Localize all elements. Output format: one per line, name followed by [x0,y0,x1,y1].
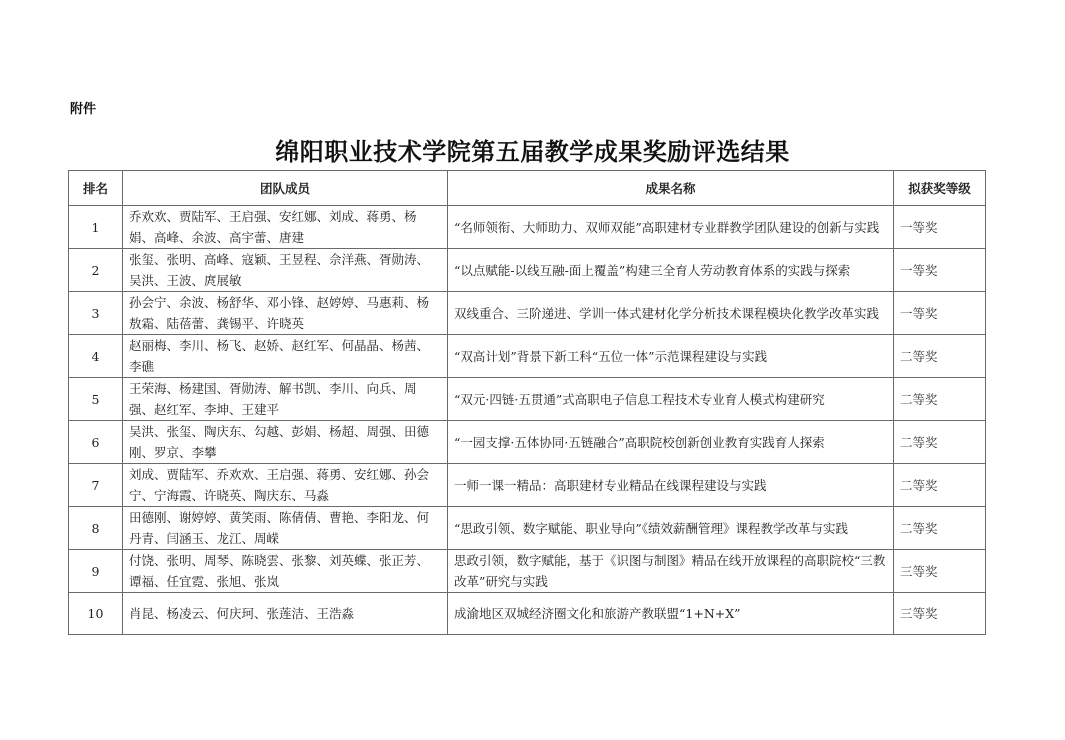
cell-rank: 2 [69,249,123,292]
cell-title: “以点赋能-以线互融-面上覆盖”构建三全育人劳动教育体系的实践与探索 [448,249,894,292]
cell-level: 一等奖 [894,206,986,249]
results-table: 排名 团队成员 成果名称 拟获奖等级 1乔欢欢、贾陆军、王启强、安红娜、刘成、蒋… [68,170,986,635]
cell-title: 双线重合、三阶递进、学训一体式建材化学分析技术课程模块化教学改革实践 [448,292,894,335]
cell-rank: 8 [69,507,123,550]
cell-rank: 10 [69,593,123,635]
cell-members: 刘成、贾陆军、乔欢欢、王启强、蒋勇、安红娜、孙会宁、宁海霞、许晓英、陶庆东、马淼 [123,464,448,507]
cell-members: 王荣海、杨建国、胥勋涛、解书凯、李川、向兵、周强、赵红军、李坤、王建平 [123,378,448,421]
cell-rank: 9 [69,550,123,593]
cell-title: “双高计划”背景下新工科“五位一体”示范课程建设与实践 [448,335,894,378]
cell-level: 二等奖 [894,378,986,421]
cell-level: 二等奖 [894,464,986,507]
attachment-label: 附件 [70,98,96,117]
cell-title: 成渝地区双城经济圈文化和旅游产教联盟“1+N+X” [448,593,894,635]
cell-members: 孙会宁、余波、杨舒华、邓小锋、赵婷婷、马惠莉、杨敖霜、陆蓓蕾、龚锡平、许晓英 [123,292,448,335]
cell-rank: 1 [69,206,123,249]
column-header-title: 成果名称 [448,171,894,206]
table-row: 3孙会宁、余波、杨舒华、邓小锋、赵婷婷、马惠莉、杨敖霜、陆蓓蕾、龚锡平、许晓英双… [69,292,986,335]
table-row: 7刘成、贾陆军、乔欢欢、王启强、蒋勇、安红娜、孙会宁、宁海霞、许晓英、陶庆东、马… [69,464,986,507]
cell-members: 付饶、张明、周琴、陈晓雲、张黎、刘英蝶、张正芳、谭福、任宜霓、张旭、张岚 [123,550,448,593]
cell-rank: 7 [69,464,123,507]
cell-level: 二等奖 [894,335,986,378]
column-header-rank: 排名 [69,171,123,206]
table-row: 1乔欢欢、贾陆军、王启强、安红娜、刘成、蒋勇、杨娟、高峰、余波、高宇蕾、唐建“名… [69,206,986,249]
cell-rank: 5 [69,378,123,421]
table-row: 9付饶、张明、周琴、陈晓雲、张黎、刘英蝶、张正芳、谭福、任宜霓、张旭、张岚思政引… [69,550,986,593]
table-row: 2张玺、张明、高峰、寇颖、王昱程、佘洋燕、胥勋涛、吴洪、王波、庹展敏“以点赋能-… [69,249,986,292]
cell-rank: 3 [69,292,123,335]
cell-members: 肖昆、杨凌云、何庆珂、张莲洁、王浩淼 [123,593,448,635]
table-row: 6吴洪、张玺、陶庆东、勾越、彭娟、杨超、周强、田德刚、罗京、李攀“一园支撑·五体… [69,421,986,464]
table-row: 8田德刚、谢婷婷、黄笑雨、陈倩倩、曹艳、李阳龙、何丹青、闫涵玉、龙江、周嵘“思政… [69,507,986,550]
cell-title: “名师领衔、大师助力、双师双能”高职建材专业群教学团队建设的创新与实践 [448,206,894,249]
table-header-row: 排名 团队成员 成果名称 拟获奖等级 [69,171,986,206]
cell-members: 乔欢欢、贾陆军、王启强、安红娜、刘成、蒋勇、杨娟、高峰、余波、高宇蕾、唐建 [123,206,448,249]
cell-level: 三等奖 [894,593,986,635]
cell-members: 赵丽梅、李川、杨飞、赵娇、赵红军、何晶晶、杨茜、李礁 [123,335,448,378]
cell-title: “思政引领、数字赋能、职业导向”《绩效薪酬管理》课程教学改革与实践 [448,507,894,550]
cell-level: 一等奖 [894,292,986,335]
cell-level: 二等奖 [894,421,986,464]
table-row: 4赵丽梅、李川、杨飞、赵娇、赵红军、何晶晶、杨茜、李礁“双高计划”背景下新工科“… [69,335,986,378]
cell-members: 田德刚、谢婷婷、黄笑雨、陈倩倩、曹艳、李阳龙、何丹青、闫涵玉、龙江、周嵘 [123,507,448,550]
cell-title: 思政引领，数字赋能，基于《识图与制图》精品在线开放课程的高职院校“三教改革”研究… [448,550,894,593]
table-row: 5王荣海、杨建国、胥勋涛、解书凯、李川、向兵、周强、赵红军、李坤、王建平“双元·… [69,378,986,421]
column-header-level: 拟获奖等级 [894,171,986,206]
cell-level: 二等奖 [894,507,986,550]
cell-members: 吴洪、张玺、陶庆东、勾越、彭娟、杨超、周强、田德刚、罗京、李攀 [123,421,448,464]
cell-title: “一园支撑·五体协同·五链融合”高职院校创新创业教育实践育人探索 [448,421,894,464]
cell-level: 三等奖 [894,550,986,593]
column-header-members: 团队成员 [123,171,448,206]
page-title: 绵阳职业技术学院第五届教学成果奖励评选结果 [0,132,1065,167]
cell-rank: 6 [69,421,123,464]
cell-level: 一等奖 [894,249,986,292]
cell-title: 一师一课一精品：高职建材专业精品在线课程建设与实践 [448,464,894,507]
cell-rank: 4 [69,335,123,378]
table-row: 10肖昆、杨凌云、何庆珂、张莲洁、王浩淼成渝地区双城经济圈文化和旅游产教联盟“1… [69,593,986,635]
cell-title: “双元·四链·五贯通”式高职电子信息工程技术专业育人模式构建研究 [448,378,894,421]
cell-members: 张玺、张明、高峰、寇颖、王昱程、佘洋燕、胥勋涛、吴洪、王波、庹展敏 [123,249,448,292]
